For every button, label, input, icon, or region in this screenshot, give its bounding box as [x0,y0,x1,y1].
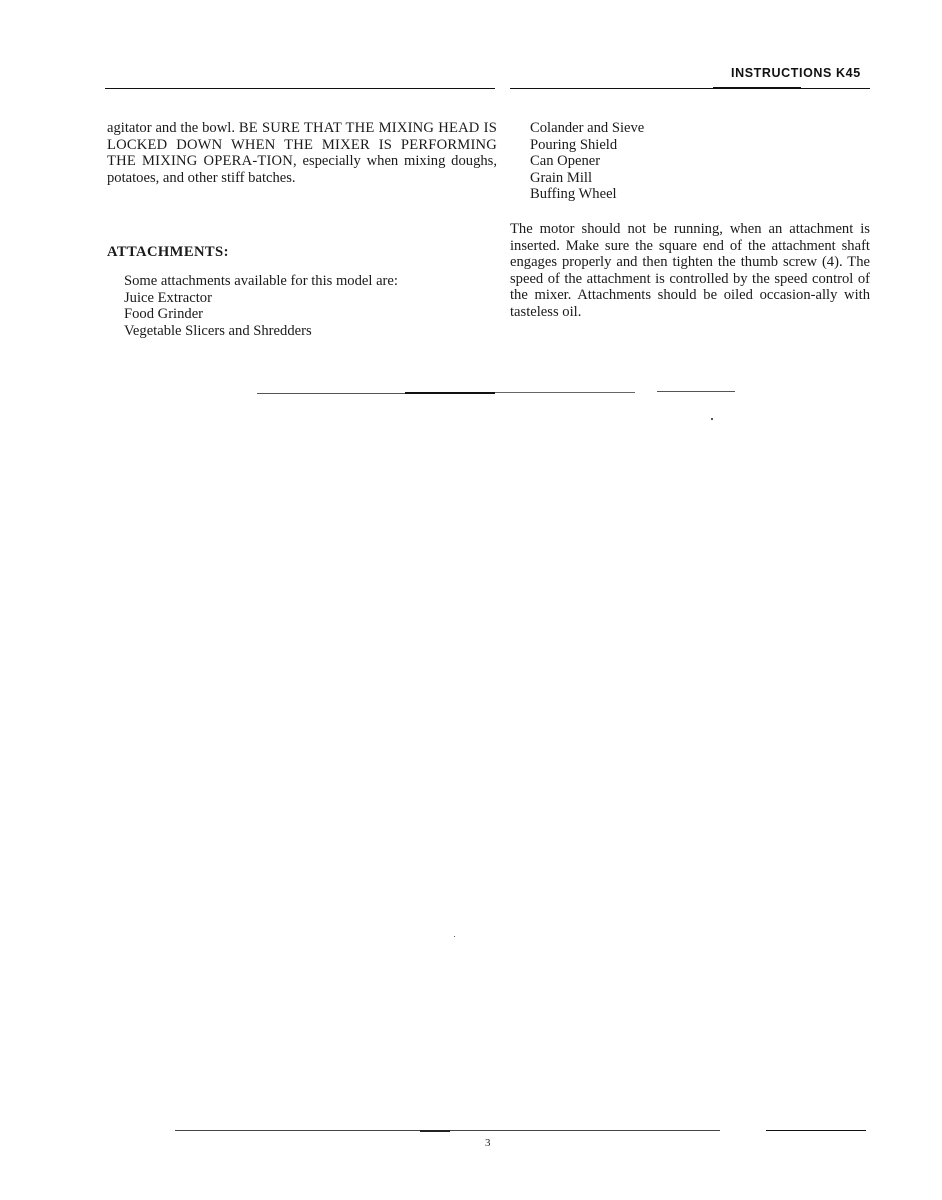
attachments-list: Some attachments available for this mode… [124,273,499,339]
scan-speck [454,936,455,937]
safety-paragraph: agitator and the bowl. BE SURE THAT THE … [107,120,497,186]
attachments-intro: Some attachments available for this mode… [124,273,499,290]
attachment-usage-paragraph: The motor should not be running, when an… [510,221,870,321]
list-item: Juice Extractor [124,290,499,307]
list-item: Buffing Wheel [530,186,644,203]
header-rule-right [510,88,870,89]
paragraph-text-start: agitator and the bowl. [107,120,239,136]
list-item: Pouring Shield [530,137,644,154]
attachments-list-continued: Colander and Sieve Pouring Shield Can Op… [530,120,644,203]
list-item: Food Grinder [124,306,499,323]
footer-rule-right [766,1130,866,1131]
header-rule-left [105,88,495,89]
section-heading-attachments: ATTACHMENTS: [107,244,229,261]
list-item: Colander and Sieve [530,120,644,137]
list-item: Vegetable Slicers and Shredders [124,323,499,340]
footer-rule-thick [420,1130,450,1132]
divider-rule-segment [495,392,635,393]
header-rule-right-thick [713,87,801,89]
divider-rule-segment [405,392,495,394]
document-page: INSTRUCTIONS K45 agitator and the bowl. … [0,0,942,1200]
divider-rule-segment [257,393,407,394]
list-item: Grain Mill [530,170,644,187]
divider-rule-segment [657,391,735,392]
list-item: Can Opener [530,153,644,170]
scan-speck [711,418,713,420]
running-head: INSTRUCTIONS K45 [731,66,861,80]
page-number: 3 [485,1137,491,1149]
